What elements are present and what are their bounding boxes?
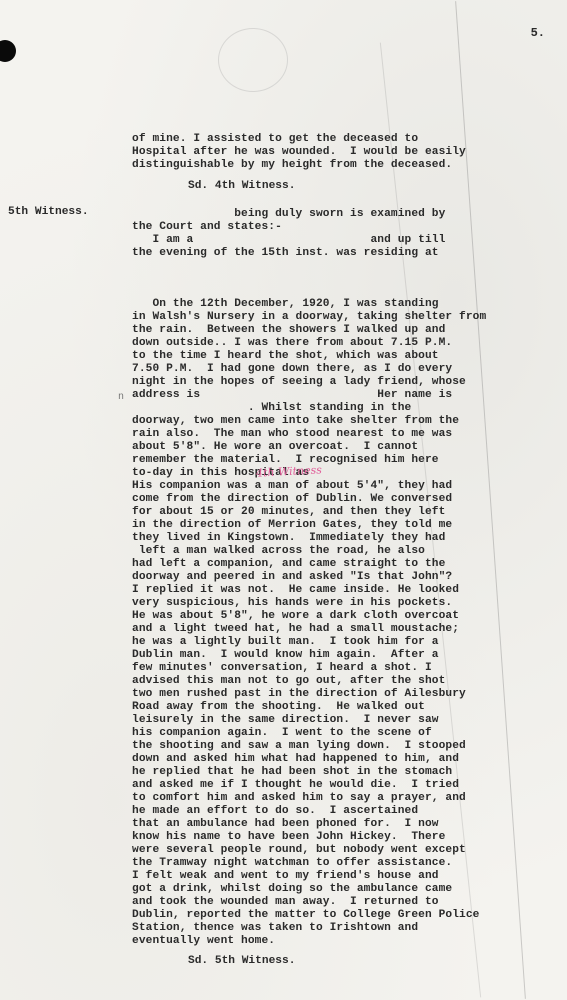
text-line: the rain. Between the showers I walked u… bbox=[132, 324, 552, 337]
text-line: he replied that he had been shot in the … bbox=[132, 766, 552, 779]
text-line: distinguishable by my height from the de… bbox=[132, 159, 552, 172]
text-line: night in the hopes of seeing a lady frie… bbox=[132, 376, 552, 389]
witness-intro: being duly sworn is examined bythe Court… bbox=[132, 208, 552, 260]
text-line: and asked me if I thought he would die. … bbox=[132, 779, 552, 792]
text-line: and a light tweed hat, he had a small mo… bbox=[132, 623, 552, 636]
text-line: I replied it was not. He came inside. He… bbox=[132, 584, 552, 597]
text-line: he made an effort to do so. I ascertaine… bbox=[132, 805, 552, 818]
text-line: were several people round, but nobody we… bbox=[132, 844, 552, 857]
punch-hole bbox=[0, 40, 16, 62]
text-line: in the direction of Merrion Gates, they … bbox=[132, 519, 552, 532]
text-line: Road away from the shooting. He walked o… bbox=[132, 701, 552, 714]
text-line: Station, thence was taken to Irishtown a… bbox=[132, 922, 552, 935]
text-line: I felt weak and went to my friend's hous… bbox=[132, 870, 552, 883]
text-line: leisurely in the same direction. I never… bbox=[132, 714, 552, 727]
margin-mark: n bbox=[118, 392, 124, 403]
text-line: to comfort him and asked him to say a pr… bbox=[132, 792, 552, 805]
text-line: about 5'8". He wore an overcoat. I canno… bbox=[132, 441, 552, 454]
text-line: advised this man not to go out, after th… bbox=[132, 675, 552, 688]
text-line: come from the direction of Dublin. We co… bbox=[132, 493, 552, 506]
text-line: few minutes' conversation, I heard a sho… bbox=[132, 662, 552, 675]
margin-label-5th-witness: 5th Witness. bbox=[8, 206, 89, 218]
signature-4th-witness: Sd. 4th Witness. bbox=[188, 180, 295, 192]
text-line: On the 12th December, 1920, I was standi… bbox=[132, 298, 552, 311]
testimony-end-4th-witness: of mine. I assisted to get the deceased … bbox=[132, 133, 552, 172]
text-line: for about 15 or 20 minutes, and then the… bbox=[132, 506, 552, 519]
text-line: remember the material. I recognised him … bbox=[132, 454, 552, 467]
text-line: the Tramway night watchman to offer assi… bbox=[132, 857, 552, 870]
text-line: they lived in Kingstown. Immediately the… bbox=[132, 532, 552, 545]
text-line: the shooting and saw a man lying down. I… bbox=[132, 740, 552, 753]
text-line: he was a lightly built man. I took him f… bbox=[132, 636, 552, 649]
text-line: in Walsh's Nursery in a doorway, taking … bbox=[132, 311, 552, 324]
page-number: 5. bbox=[531, 26, 545, 40]
text-line: Dublin man. I would know him again. Afte… bbox=[132, 649, 552, 662]
text-line: the evening of the 15th inst. was residi… bbox=[132, 247, 552, 260]
embossed-stamp bbox=[218, 28, 288, 92]
text-line: rain also. The man who stood nearest to … bbox=[132, 428, 552, 441]
text-line: of mine. I assisted to get the deceased … bbox=[132, 133, 552, 146]
text-line: had left a companion, and came straight … bbox=[132, 558, 552, 571]
text-line: He was about 5'8", he wore a dark cloth … bbox=[132, 610, 552, 623]
text-line: to-day in this hospital as bbox=[132, 467, 552, 480]
text-line: the Court and states:- bbox=[132, 221, 552, 234]
text-line: His companion was a man of about 5'4", t… bbox=[132, 480, 552, 493]
text-line: Hospital after he was wounded. I would b… bbox=[132, 146, 552, 159]
text-line: know his name to have been John Hickey. … bbox=[132, 831, 552, 844]
document-page: 5. of mine. I assisted to get the deceas… bbox=[0, 0, 567, 1000]
text-line: being duly sworn is examined by bbox=[132, 208, 552, 221]
testimony-5th-witness: On the 12th December, 1920, I was standi… bbox=[132, 298, 552, 948]
text-line: two men rushed past in the direction of … bbox=[132, 688, 552, 701]
text-line: I am a and up till bbox=[132, 234, 552, 247]
text-line: Dublin, reported the matter to College G… bbox=[132, 909, 552, 922]
text-line: to the time I heard the shot, which was … bbox=[132, 350, 552, 363]
text-line: left a man walked across the road, he al… bbox=[132, 545, 552, 558]
text-line: and took the wounded man away. I returne… bbox=[132, 896, 552, 909]
text-line: down and asked him what had happened to … bbox=[132, 753, 552, 766]
text-line: doorway, two men came into take shelter … bbox=[132, 415, 552, 428]
text-line: doorway and peered in and asked "Is that… bbox=[132, 571, 552, 584]
text-line: that an ambulance had been phoned for. I… bbox=[132, 818, 552, 831]
text-line: very suspicious, his hands were in his p… bbox=[132, 597, 552, 610]
text-line: . Whilst standing in the bbox=[132, 402, 552, 415]
signature-5th-witness: Sd. 5th Witness. bbox=[188, 955, 295, 967]
text-line: address is Her name is bbox=[132, 389, 552, 402]
text-line: 7.50 P.M. I had gone down there, as I do… bbox=[132, 363, 552, 376]
text-line: his companion again. I went to the scene… bbox=[132, 727, 552, 740]
text-line: got a drink, whilst doing so the ambulan… bbox=[132, 883, 552, 896]
text-line: eventually went home. bbox=[132, 935, 552, 948]
text-line: down outside.. I was there from about 7.… bbox=[132, 337, 552, 350]
